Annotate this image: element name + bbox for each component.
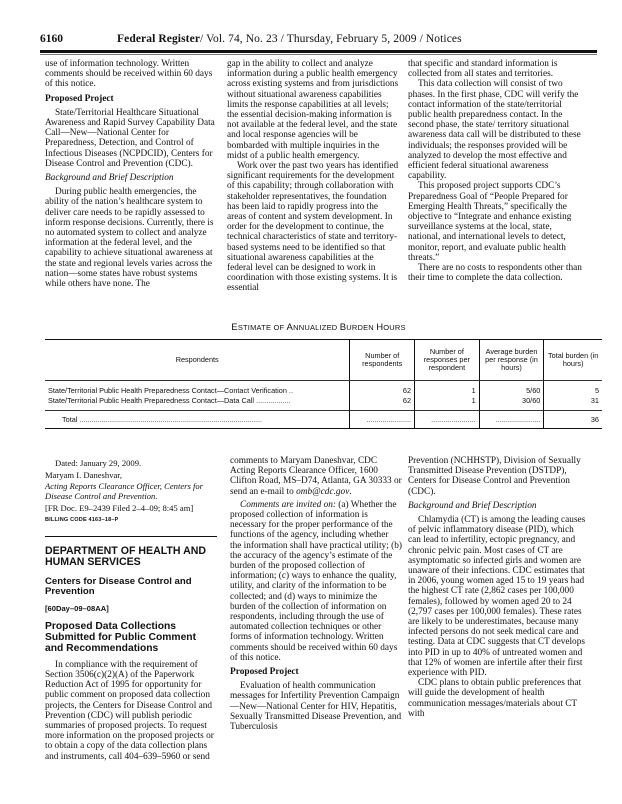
table-title: ESTIMATE OF ANNUALIZED BURDEN HOURS [40, 322, 597, 333]
lower-column-2: comments to Maryam Daneshvar, CDC Acting… [230, 456, 402, 732]
table-row: State/Territorial Public Health Prepared… [45, 381, 602, 397]
subagency-heading: Centers for Disease Control and Preventi… [45, 577, 217, 598]
cell-total-burden: 31 [544, 396, 602, 406]
running-head: Federal Register/ Vol. 74, No. 23 / Thur… [117, 33, 462, 45]
cell-total-number-of-respondents: ...................... [350, 411, 415, 429]
cell-respondents: State/Territorial Public Health Prepared… [45, 381, 350, 397]
cell-total-responses-per-respondent: ...................... [415, 411, 480, 429]
column-header-respondents: Respondents [45, 340, 350, 381]
section-heading-proposed-project: Proposed Project [230, 667, 402, 677]
table-header-row: Respondents Number of respondents Number… [45, 340, 602, 381]
paragraph: Evaluation of health communication messa… [230, 681, 402, 732]
notice-separator-rule [45, 536, 217, 537]
paragraph: Comments are invited on: (a) Whether the… [230, 500, 402, 663]
header-rule-thick [40, 50, 597, 53]
issue-info: / Vol. 74, No. 23 / Thursday, February 5… [200, 33, 462, 45]
paragraph: comments to Maryam Daneshvar, CDC Acting… [230, 456, 402, 497]
dated-line: Dated: January 29, 2009. [45, 458, 217, 468]
paragraph: This data collection will consist of two… [408, 79, 586, 181]
cell-total-label: Total ..................................… [45, 411, 350, 429]
running-header: 6160 Federal Register/ Vol. 74, No. 23 /… [40, 33, 597, 47]
paragraph: This proposed project supports CDC’s Pre… [408, 181, 586, 263]
signer-name: Maryam I. Daneshvar, [45, 470, 217, 480]
billing-code: BILLING CODE 4163–18–P [45, 515, 217, 525]
cell-total-average-burden: ...................... [479, 411, 544, 429]
docket-number: [60Day–09–08AA] [45, 604, 217, 614]
cell-number-of-respondents: 62 [350, 396, 415, 406]
agency-heading: DEPARTMENT OF HEALTH AND HUMAN SERVICES [45, 546, 217, 569]
paragraph: Work over the past two years has identif… [227, 161, 399, 294]
paragraph: State/Territorial Healthcare Situational… [45, 108, 215, 169]
upper-column-2: gap in the ability to collect and analyz… [227, 59, 399, 294]
cell-number-of-respondents: 62 [350, 381, 415, 397]
cell-respondents: State/Territorial Public Health Prepared… [45, 396, 350, 406]
upper-column-1: use of information technology. Written c… [45, 59, 215, 289]
paragraph: that specific and standard information i… [408, 59, 586, 79]
column-header-average-burden: Average burden per response (in hours) [479, 340, 544, 381]
email-link[interactable]: omb@cdc.gov [296, 487, 349, 497]
cell-total-burden-sum: 36 [544, 411, 602, 429]
section-heading-proposed-project: Proposed Project [45, 94, 215, 104]
signer-title: Acting Reports Clearance Officer, Center… [45, 482, 217, 501]
column-header-responses-per-respondent: Number of responses per respondent [415, 340, 480, 381]
cell-average-burden: 5/60 [479, 381, 544, 397]
paragraph: Prevention (NCHHSTP), Division of Sexual… [408, 456, 586, 497]
comments-invited-label: Comments are invited on: [240, 500, 336, 510]
paragraph: use of information technology. Written c… [45, 59, 215, 90]
cell-total-burden: 5 [544, 381, 602, 397]
column-header-total-burden: Total burden (in hours) [544, 340, 602, 381]
paragraph: In compliance with the requirement of Se… [45, 660, 217, 762]
table-total-row: Total ..................................… [45, 411, 602, 429]
lower-column-3: Prevention (NCHHSTP), Division of Sexual… [408, 456, 586, 719]
paragraph: CDC plans to obtain public preferences t… [408, 678, 586, 719]
header-rule-thin [40, 54, 597, 55]
upper-column-3: that specific and standard information i… [408, 59, 586, 283]
paragraph: During public health emergencies, the ab… [45, 187, 215, 289]
cell-responses-per-respondent: 1 [415, 381, 480, 397]
burden-table: Respondents Number of respondents Number… [45, 339, 602, 429]
lower-column-1: Dated: January 29, 2009. Maryam I. Danes… [45, 458, 217, 762]
table-row: State/Territorial Public Health Prepared… [45, 396, 602, 406]
paragraph: There are no costs to respondents other … [408, 263, 586, 283]
section-heading-background: Background and Brief Description [408, 501, 586, 511]
action-heading: Proposed Data Collections Submitted for … [45, 621, 217, 654]
cell-responses-per-respondent: 1 [415, 396, 480, 406]
fr-doc-line: [FR Doc. E9–2439 Filed 2–4–09; 8:45 am] [45, 503, 217, 513]
paragraph: Chlamydia (CT) is among the leading caus… [408, 515, 586, 678]
page-number: 6160 [40, 33, 63, 45]
cell-average-burden: 30/60 [479, 396, 544, 406]
column-header-number-of-respondents: Number of respondents [350, 340, 415, 381]
paragraph: gap in the ability to collect and analyz… [227, 59, 399, 161]
section-heading-background: Background and Brief Description [45, 173, 215, 183]
publication-name: Federal Register [117, 33, 200, 45]
